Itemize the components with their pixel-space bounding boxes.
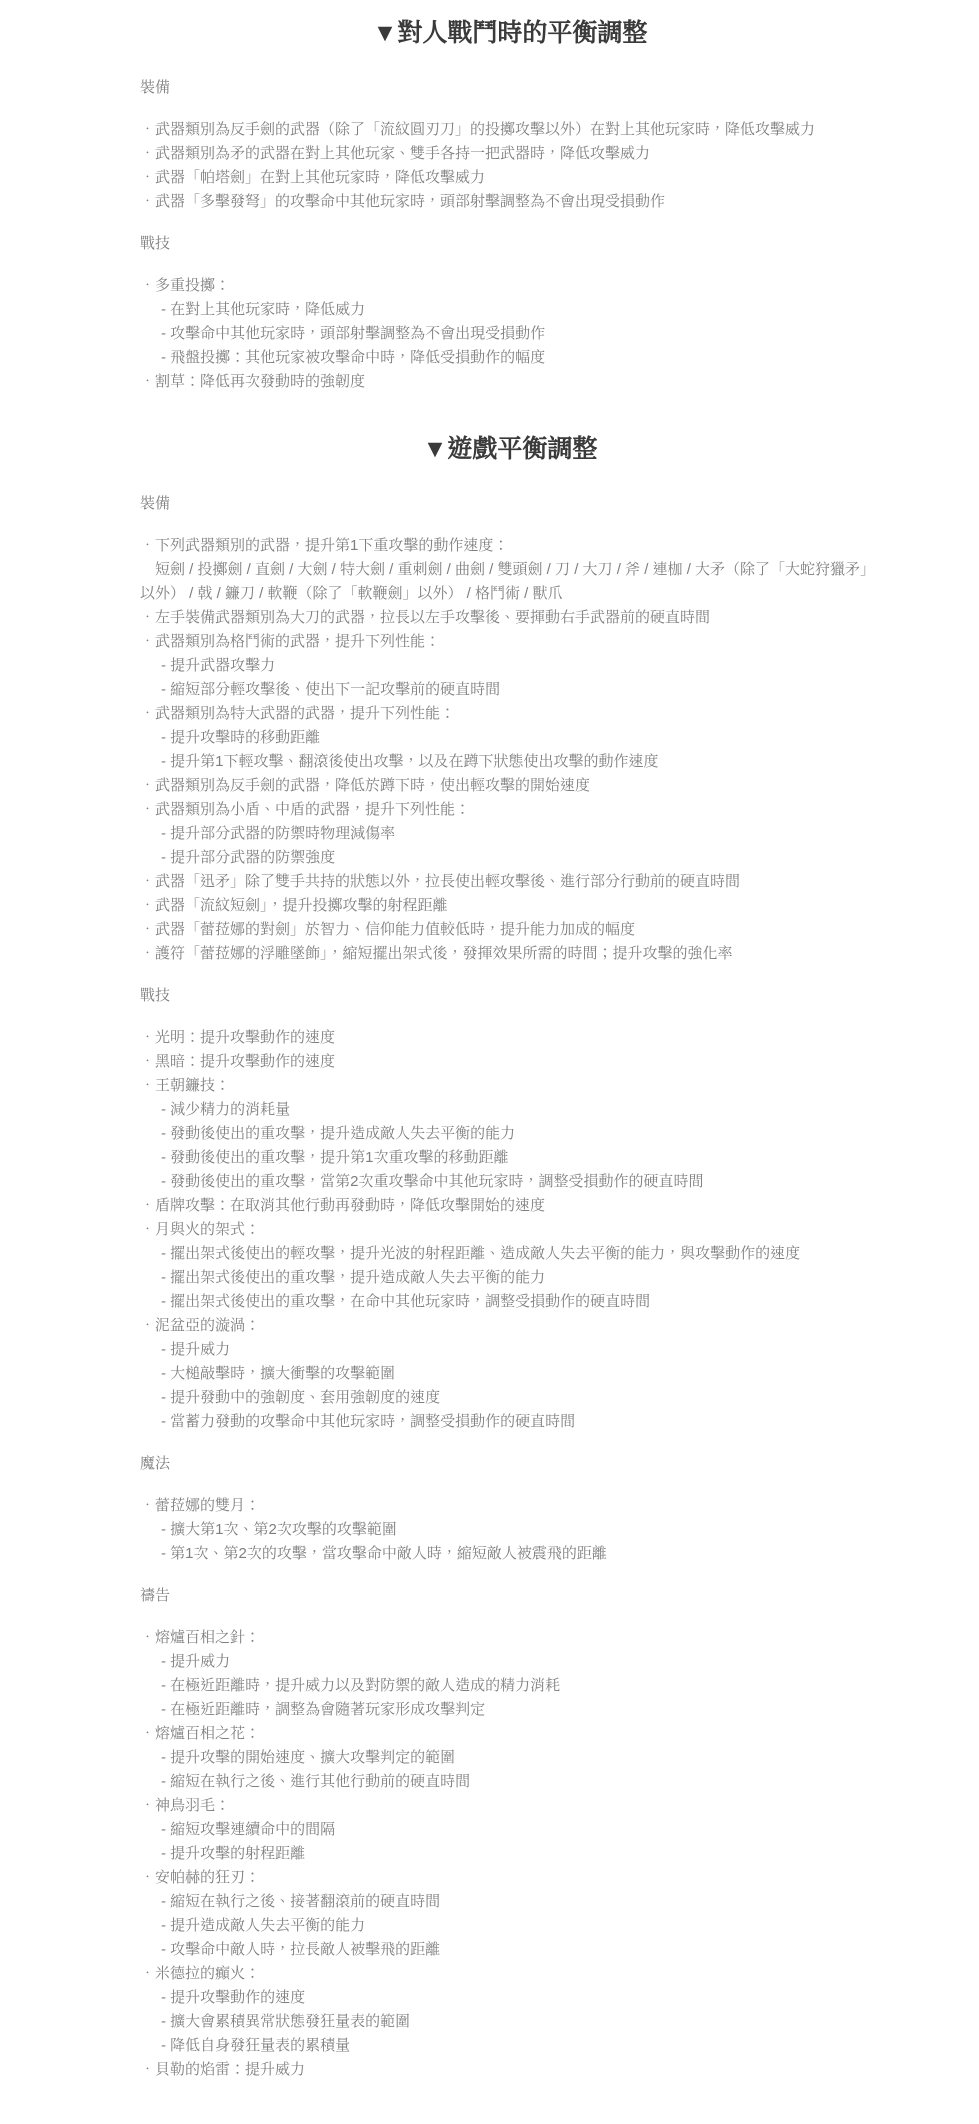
sub-item: 第1次、第2次的攻擊，當攻擊命中敵人時，縮短敵人被震飛的距離 bbox=[161, 1542, 880, 1566]
sub-item: 縮短在執行之後、進行其他行動前的硬直時間 bbox=[161, 1770, 880, 1794]
list-item-text: 武器類別為格鬥術的武器，提升下列性能： bbox=[140, 633, 440, 650]
sub-item: 飛盤投擲：其他玩家被攻擊命中時，降低受損動作的幅度 bbox=[161, 346, 880, 370]
group-heading: 裝備 bbox=[140, 492, 880, 516]
sub-item: 縮短部分輕攻擊後、使出下一記攻擊前的硬直時間 bbox=[161, 678, 880, 702]
sub-item: 發動後使出的重攻擊，提升造成敵人失去平衡的能力 bbox=[161, 1122, 880, 1146]
sub-item: 提升第1下輕攻擊、翻滾後使出攻擊，以及在蹲下狀態使出攻擊的動作速度 bbox=[161, 750, 880, 774]
item-list: 下列武器類別的武器，提升第1下重攻擊的動作速度： 短劍 / 投擲劍 / 直劍 /… bbox=[140, 534, 880, 966]
list-item: 米德拉的癲火： bbox=[140, 1962, 880, 1986]
list-item: 武器類別為反手劍的武器，降低於蹲下時，使出輕攻擊的開始速度 bbox=[140, 774, 880, 798]
list-item-text: 貝勒的焰雷：提升威力 bbox=[140, 2061, 305, 2078]
list-item: 武器類別為矛的武器在對上其他玩家、雙手各持一把武器時，降低攻擊威力 bbox=[140, 142, 880, 166]
sub-item: 提升發動中的強韌度、套用強韌度的速度 bbox=[161, 1386, 880, 1410]
list-item: 割草：降低再次發動時的強韌度 bbox=[140, 370, 880, 394]
list-item-text: 武器「蕾菈娜的對劍」於智力、信仰能力值較低時，提升能力加成的幅度 bbox=[140, 921, 635, 938]
sub-item: 提升部分武器的防禦強度 bbox=[161, 846, 880, 870]
patch-notes-page: ▼對人戰鬥時的平衡調整裝備武器類別為反手劍的武器（除了「流紋圓刃刀」的投擲攻擊以… bbox=[0, 0, 979, 2124]
group-heading: 戰技 bbox=[140, 984, 880, 1008]
list-item-text: 熔爐百相之針： bbox=[140, 1629, 260, 1646]
item-list: 熔爐百相之針：提升威力在極近距離時，提升威力以及對防禦的敵人造成的精力消耗在極近… bbox=[140, 1626, 880, 2082]
sub-item: 縮短在執行之後、接著翻滾前的硬直時間 bbox=[161, 1890, 880, 1914]
sub-item: 擴大第1次、第2次攻擊的攻擊範圍 bbox=[161, 1518, 880, 1542]
item-list: 武器類別為反手劍的武器（除了「流紋圓刃刀」的投擲攻擊以外）在對上其他玩家時，降低… bbox=[140, 118, 880, 214]
patch-section: ▼遊戲平衡調整裝備下列武器類別的武器，提升第1下重攻擊的動作速度： 短劍 / 投… bbox=[140, 432, 880, 2082]
list-item: 蕾菈娜的雙月： bbox=[140, 1494, 880, 1518]
list-item-text: 米德拉的癲火： bbox=[140, 1965, 260, 1982]
item-list: 多重投擲：在對上其他玩家時，降低威力攻擊命中其他玩家時，頭部射擊調整為不會出現受… bbox=[140, 274, 880, 394]
list-item: 神鳥羽毛： bbox=[140, 1794, 880, 1818]
sub-item: 在極近距離時，調整為會隨著玩家形成攻擊判定 bbox=[161, 1698, 880, 1722]
list-item-text: 割草：降低再次發動時的強韌度 bbox=[140, 373, 365, 390]
sub-item: 提升武器攻擊力 bbox=[161, 654, 880, 678]
list-item-text: 武器「迅矛」除了雙手共持的狀態以外，拉長使出輕攻擊後、進行部分行動前的硬直時間 bbox=[140, 873, 740, 890]
sub-item: 發動後使出的重攻擊，提升第1次重攻擊的移動距離 bbox=[161, 1146, 880, 1170]
list-item-text: 泥盆亞的漩渦： bbox=[140, 1317, 260, 1334]
list-item-text: 盾牌攻擊：在取消其他行動再發動時，降低攻擊開始的速度 bbox=[140, 1197, 545, 1214]
sub-item: 提升攻擊的射程距離 bbox=[161, 1842, 880, 1866]
sub-item: 大槌敲擊時，擴大衝擊的攻擊範圍 bbox=[161, 1362, 880, 1386]
patch-notes-content: ▼對人戰鬥時的平衡調整裝備武器類別為反手劍的武器（除了「流紋圓刃刀」的投擲攻擊以… bbox=[140, 0, 880, 2124]
list-item: 王朝鐮技： bbox=[140, 1074, 880, 1098]
list-item: 光明：提升攻擊動作的速度 bbox=[140, 1026, 880, 1050]
list-item-text: 武器類別為反手劍的武器（除了「流紋圓刃刀」的投擲攻擊以外）在對上其他玩家時，降低… bbox=[140, 121, 815, 138]
list-item: 武器「流紋短劍」，提升投擲攻擊的射程距離 bbox=[140, 894, 880, 918]
list-item-continuation: 短劍 / 投擲劍 / 直劍 / 大劍 / 特大劍 / 重刺劍 / 曲劍 / 雙頭… bbox=[140, 561, 875, 602]
list-item: 武器「迅矛」除了雙手共持的狀態以外，拉長使出輕攻擊後、進行部分行動前的硬直時間 bbox=[140, 870, 880, 894]
sub-item: 擺出架式後使出的重攻擊，在命中其他玩家時，調整受損動作的硬直時間 bbox=[161, 1290, 880, 1314]
list-item: 熔爐百相之針： bbox=[140, 1626, 880, 1650]
list-item-text: 武器「多擊發弩」的攻擊命中其他玩家時，頭部射擊調整為不會出現受損動作 bbox=[140, 193, 665, 210]
sub-item: 擴大會累積異常狀態發狂量表的範圍 bbox=[161, 2010, 880, 2034]
list-item-text: 多重投擲： bbox=[140, 277, 230, 294]
sub-item: 擺出架式後使出的重攻擊，提升造成敵人失去平衡的能力 bbox=[161, 1266, 880, 1290]
list-item-text: 下列武器類別的武器，提升第1下重攻擊的動作速度： bbox=[140, 537, 508, 554]
list-item: 盾牌攻擊：在取消其他行動再發動時，降低攻擊開始的速度 bbox=[140, 1194, 880, 1218]
section-title: ▼對人戰鬥時的平衡調整 bbox=[140, 16, 880, 50]
sub-item: 提升造成敵人失去平衡的能力 bbox=[161, 1914, 880, 1938]
group-heading: 戰技 bbox=[140, 232, 880, 256]
list-item-text: 月與火的架式： bbox=[140, 1221, 260, 1238]
list-item: 武器類別為小盾、中盾的武器，提升下列性能： bbox=[140, 798, 880, 822]
sub-item: 在對上其他玩家時，降低威力 bbox=[161, 298, 880, 322]
list-item-text: 王朝鐮技： bbox=[140, 1077, 230, 1094]
sub-item: 當蓄力發動的攻擊命中其他玩家時，調整受損動作的硬直時間 bbox=[161, 1410, 880, 1434]
list-item-text: 武器「流紋短劍」，提升投擲攻擊的射程距離 bbox=[140, 897, 448, 914]
list-item: 武器「多擊發弩」的攻擊命中其他玩家時，頭部射擊調整為不會出現受損動作 bbox=[140, 190, 880, 214]
sub-item: 提升威力 bbox=[161, 1338, 880, 1362]
list-item: 多重投擲： bbox=[140, 274, 880, 298]
list-item-text: 武器類別為特大武器的武器，提升下列性能： bbox=[140, 705, 455, 722]
list-item-text: 護符「蕾菈娜的浮雕墜飾」，縮短擺出架式後，發揮效果所需的時間；提升攻擊的強化率 bbox=[140, 945, 733, 962]
list-item: 下列武器類別的武器，提升第1下重攻擊的動作速度： 短劍 / 投擲劍 / 直劍 /… bbox=[140, 534, 880, 606]
patch-section: ▼對人戰鬥時的平衡調整裝備武器類別為反手劍的武器（除了「流紋圓刃刀」的投擲攻擊以… bbox=[140, 16, 880, 394]
list-item: 安帕赫的狂刃： bbox=[140, 1866, 880, 1890]
list-item-text: 熔爐百相之花： bbox=[140, 1725, 260, 1742]
group-heading: 禱告 bbox=[140, 1584, 880, 1608]
sub-item: 縮短攻擊連續命中的間隔 bbox=[161, 1818, 880, 1842]
sub-item: 提升部分武器的防禦時物理減傷率 bbox=[161, 822, 880, 846]
sub-item: 提升攻擊動作的速度 bbox=[161, 1986, 880, 2010]
list-item: 武器「帕塔劍」在對上其他玩家時，降低攻擊威力 bbox=[140, 166, 880, 190]
list-item: 黑暗：提升攻擊動作的速度 bbox=[140, 1050, 880, 1074]
sub-item: 攻擊命中敵人時，拉長敵人被擊飛的距離 bbox=[161, 1938, 880, 1962]
list-item-text: 蕾菈娜的雙月： bbox=[140, 1497, 260, 1514]
sub-item: 攻擊命中其他玩家時，頭部射擊調整為不會出現受損動作 bbox=[161, 322, 880, 346]
list-item-text: 神鳥羽毛： bbox=[140, 1797, 230, 1814]
sub-item: 提升攻擊時的移動距離 bbox=[161, 726, 880, 750]
group-heading: 魔法 bbox=[140, 1452, 880, 1476]
sub-item: 發動後使出的重攻擊，當第2次重攻擊命中其他玩家時，調整受損動作的硬直時間 bbox=[161, 1170, 880, 1194]
sub-item: 提升威力 bbox=[161, 1650, 880, 1674]
list-item: 貝勒的焰雷：提升威力 bbox=[140, 2058, 880, 2082]
list-item-text: 武器類別為小盾、中盾的武器，提升下列性能： bbox=[140, 801, 470, 818]
list-item-text: 黑暗：提升攻擊動作的速度 bbox=[140, 1053, 335, 1070]
list-item-text: 左手裝備武器類別為大刀的武器，拉長以左手攻擊後、要揮動右手武器前的硬直時間 bbox=[140, 609, 710, 626]
list-item-text: 武器類別為矛的武器在對上其他玩家、雙手各持一把武器時，降低攻擊威力 bbox=[140, 145, 650, 162]
sub-item: 減少精力的消耗量 bbox=[161, 1098, 880, 1122]
list-item: 護符「蕾菈娜的浮雕墜飾」，縮短擺出架式後，發揮效果所需的時間；提升攻擊的強化率 bbox=[140, 942, 880, 966]
sub-item: 擺出架式後使出的輕攻擊，提升光波的射程距離、造成敵人失去平衡的能力，與攻擊動作的… bbox=[161, 1242, 880, 1266]
list-item: 泥盆亞的漩渦： bbox=[140, 1314, 880, 1338]
list-item-text: 光明：提升攻擊動作的速度 bbox=[140, 1029, 335, 1046]
list-item-text: 武器「帕塔劍」在對上其他玩家時，降低攻擊威力 bbox=[140, 169, 485, 186]
list-item: 武器「蕾菈娜的對劍」於智力、信仰能力值較低時，提升能力加成的幅度 bbox=[140, 918, 880, 942]
list-item-text: 武器類別為反手劍的武器，降低於蹲下時，使出輕攻擊的開始速度 bbox=[140, 777, 590, 794]
list-item: 月與火的架式： bbox=[140, 1218, 880, 1242]
item-list: 蕾菈娜的雙月：擴大第1次、第2次攻擊的攻擊範圍第1次、第2次的攻擊，當攻擊命中敵… bbox=[140, 1494, 880, 1566]
list-item: 武器類別為反手劍的武器（除了「流紋圓刃刀」的投擲攻擊以外）在對上其他玩家時，降低… bbox=[140, 118, 880, 142]
section-title: ▼遊戲平衡調整 bbox=[140, 432, 880, 466]
list-item: 左手裝備武器類別為大刀的武器，拉長以左手攻擊後、要揮動右手武器前的硬直時間 bbox=[140, 606, 880, 630]
list-item: 熔爐百相之花： bbox=[140, 1722, 880, 1746]
sub-item: 提升攻擊的開始速度、擴大攻擊判定的範圍 bbox=[161, 1746, 880, 1770]
list-item: 武器類別為特大武器的武器，提升下列性能： bbox=[140, 702, 880, 726]
sub-item: 在極近距離時，提升威力以及對防禦的敵人造成的精力消耗 bbox=[161, 1674, 880, 1698]
item-list: 光明：提升攻擊動作的速度黑暗：提升攻擊動作的速度王朝鐮技：減少精力的消耗量發動後… bbox=[140, 1026, 880, 1434]
list-item-text: 安帕赫的狂刃： bbox=[140, 1869, 260, 1886]
group-heading: 裝備 bbox=[140, 76, 880, 100]
sub-item: 降低自身發狂量表的累積量 bbox=[161, 2034, 880, 2058]
list-item: 武器類別為格鬥術的武器，提升下列性能： bbox=[140, 630, 880, 654]
